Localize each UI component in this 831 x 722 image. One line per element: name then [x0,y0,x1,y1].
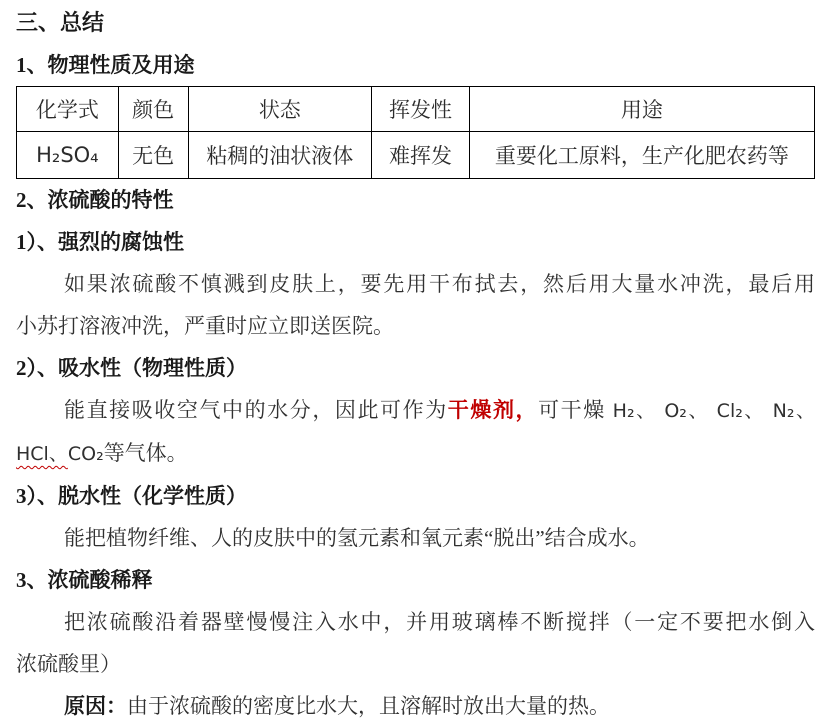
table-row: H₂SO₄ 无色 粘稠的油状液体 难挥发 重要化工原料，生产化肥农药等 [17,132,815,179]
co2-formula: CO₂ [68,443,104,465]
properties-table: 化学式 颜色 状态 挥发性 用途 H₂SO₄ 无色 粘稠的油状液体 难挥发 重要… [16,86,815,179]
table-header-row: 化学式 颜色 状态 挥发性 用途 [17,87,815,132]
table-header-state: 状态 [188,87,372,132]
reason-label: 原因： [64,694,127,718]
table-header-uses: 用途 [469,87,814,132]
cell-color: 无色 [118,132,188,179]
desiccant-highlight: 干燥剂， [448,398,538,422]
absorption-text-mid: 可干燥 [538,398,613,422]
paragraph-dilution-line2: 浓硫酸里） [16,643,815,685]
reason-text: 由于浓硫酸的密度比水大，且溶解时放出大量的热。 [127,694,610,718]
cell-volatility: 难挥发 [372,132,470,179]
paragraph-reason: 原因：由于浓硫酸的密度比水大，且溶解时放出大量的热。 [16,685,815,722]
cell-uses: 重要化工原料，生产化肥农药等 [469,132,814,179]
section-title: 三、总结 [16,2,815,44]
heading-water-absorption: 2）、吸水性（物理性质） [16,347,815,389]
heading-physical-properties: 1、物理性质及用途 [16,44,815,86]
cell-formula: H₂SO₄ [17,132,119,179]
paragraph-absorption-line2: HCl、CO₂等气体。 [16,432,815,475]
paragraph-corrosive-line2: 小苏打溶液冲洗，严重时应立即送医院。 [16,305,815,347]
table-header-volatility: 挥发性 [372,87,470,132]
gas-formulas: H₂、 O₂、 Cl₂、 N₂、 [613,400,815,422]
hcl-formula-spellcheck: HCl、 [16,443,68,465]
paragraph-corrosive-line1: 如果浓硫酸不慎溅到皮肤上，要先用干布拭去，然后用大量水冲洗，最后用 [16,263,815,305]
paragraph-dehydration: 能把植物纤维、人的皮肤中的氢元素和氧元素“脱出”结合成水。 [16,517,815,559]
heading-characteristics: 2、浓硫酸的特性 [16,179,815,221]
absorption-text-end: 等气体。 [104,441,188,465]
heading-dehydration: 3）、脱水性（化学性质） [16,475,815,517]
document-page: 三、总结 1、物理性质及用途 化学式 颜色 状态 挥发性 用途 H₂SO₄ 无色… [16,2,815,722]
heading-corrosive: 1）、强烈的腐蚀性 [16,221,815,263]
paragraph-absorption-line1: 能直接吸收空气中的水分，因此可作为干燥剂，可干燥 H₂、 O₂、 Cl₂、 N₂… [16,389,815,432]
table-header-color: 颜色 [118,87,188,132]
cell-state: 粘稠的油状液体 [188,132,372,179]
heading-dilution: 3、浓硫酸稀释 [16,559,815,601]
table-header-formula: 化学式 [17,87,119,132]
paragraph-dilution-line1: 把浓硫酸沿着器壁慢慢注入水中，并用玻璃棒不断搅拌（一定不要把水倒入 [16,601,815,643]
absorption-text-pre: 能直接吸收空气中的水分，因此可作为 [64,398,448,422]
